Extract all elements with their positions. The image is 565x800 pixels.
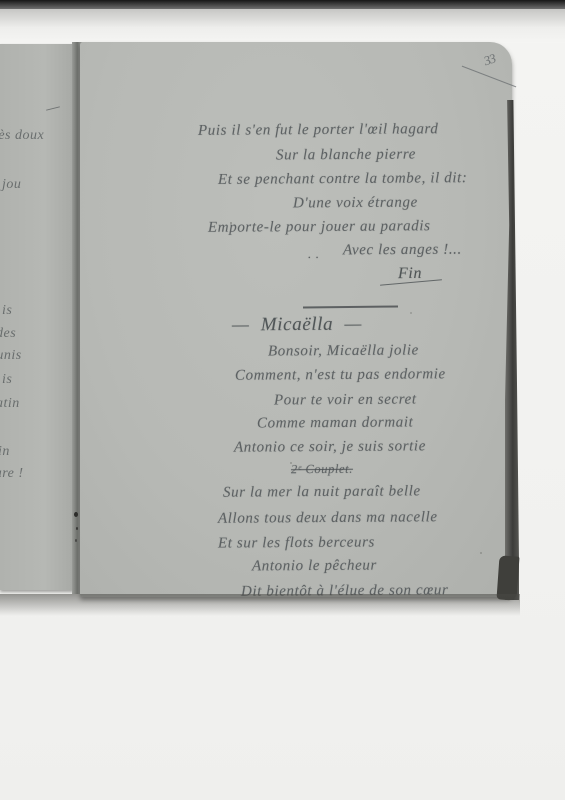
left-page-text-fragment: très doux: [0, 128, 44, 144]
poem-line: Avec les anges !...: [343, 242, 462, 260]
scanner-top-gradient: [0, 9, 565, 43]
poem-line: Emporte-le pour jouer au paradis: [208, 218, 431, 237]
song-title: — Micaëlla —: [232, 314, 362, 337]
poem-line: Et se penchant contre la tombe, il dit:: [218, 170, 468, 189]
notebook-page: Puis il s'en fut le porter l'œil hagard …: [80, 42, 512, 597]
poem-line: Sur la blanche pierre: [276, 147, 416, 165]
lyric-line: Bonsoir, Micaëlla jolie: [268, 342, 419, 360]
left-page-text-fragment: is: [2, 372, 12, 388]
lyric-line: Allons tous deux dans ma nacelle: [218, 509, 438, 528]
scanner-top-band: [0, 0, 565, 9]
struck-couplet-note: 2ᵉ Couplet.: [291, 462, 353, 477]
scanned-notebook-photo: très doux jou is des t unis is atin in e…: [0, 0, 565, 800]
section-divider-line: [303, 306, 398, 309]
lyric-line: Antonio ce soir, je suis sortie: [234, 438, 426, 456]
left-page-text-fragment: is: [2, 303, 12, 319]
left-page-sliver: très doux jou is des t unis is atin in e…: [0, 44, 74, 590]
lyric-line: Et sur les flots berceurs: [218, 534, 375, 552]
left-page-text-fragment: des: [0, 326, 16, 342]
left-page-text-fragment: eure !: [0, 466, 24, 482]
lyric-line: Comment, n'est tu pas endormie: [235, 366, 446, 384]
poem-line: Puis il s'en fut le porter l'œil hagard: [198, 121, 439, 140]
page-bottom-shadow: [0, 594, 520, 616]
lyric-line: Pour te voir en secret: [274, 392, 417, 410]
lyric-line: Antonio le pêcheur: [252, 558, 377, 576]
poem-line: D'une voix étrange: [293, 195, 418, 213]
spine-ink-blots: [74, 512, 78, 517]
left-page-text-fragment: in: [0, 444, 10, 460]
left-page-text-fragment: jou: [2, 177, 21, 193]
left-page-text-fragment: atin: [0, 396, 20, 412]
ellipsis-dots: . .: [308, 246, 320, 262]
stray-pen-mark: [46, 106, 60, 110]
lyric-line: Comme maman dormait: [257, 414, 414, 432]
lyric-line: Sur la mer la nuit paraît belle: [223, 483, 421, 501]
left-page-text-fragment: t unis: [0, 348, 22, 364]
